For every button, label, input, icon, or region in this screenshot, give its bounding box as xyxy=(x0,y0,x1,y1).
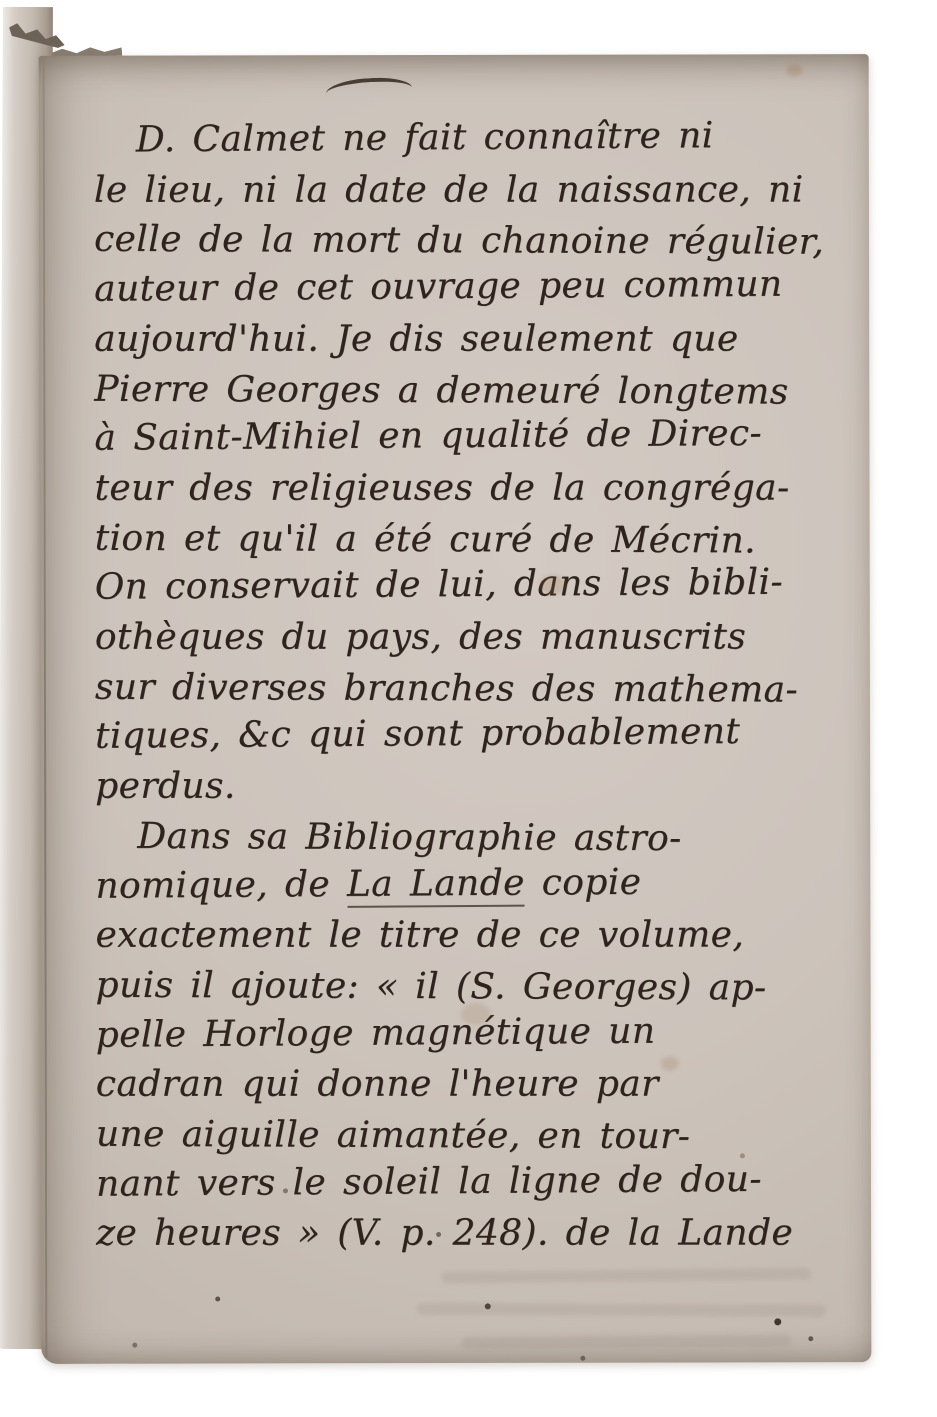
foxing-stain xyxy=(540,575,566,595)
handwritten-line: D. Calmet ne fait connaître ni xyxy=(94,110,839,165)
handwritten-line: teur des religieuses de la congréga- xyxy=(95,463,840,513)
handwritten-line: On conservait de lui, dans les bibli- xyxy=(95,558,840,613)
handwritten-line: à Saint-Mihiel en qualité de Direc- xyxy=(94,409,839,464)
handwritten-line: auteur de cet ouvrage peu commun xyxy=(94,259,839,314)
handwritten-line: le lieu, ni la date de la naissance, ni xyxy=(94,165,839,215)
foxing-stain xyxy=(787,64,803,76)
handwritten-line: nant vers le soleil la ligne de dou- xyxy=(96,1154,841,1209)
handwritten-line: aujourd'hui. Je dis seulement que xyxy=(94,314,839,364)
handwritten-line: othèques du pays, des manuscrits xyxy=(95,613,840,663)
ink-dash-mark xyxy=(325,76,412,95)
handwritten-line: ze heures » (V. p. 248). de la Lande xyxy=(96,1209,841,1259)
ink-specks xyxy=(39,56,42,59)
foxing-stain xyxy=(461,1003,491,1025)
foxing-stain xyxy=(661,1057,679,1071)
gutter-crease xyxy=(43,56,48,1358)
manuscript-page: D. Calmet ne fait connaître nile lieu, n… xyxy=(39,54,872,1364)
handwritten-line: perdus. xyxy=(95,762,840,812)
underlined-phrase: La Lande xyxy=(347,862,525,907)
handwritten-line: exactement le titre de ce volume, xyxy=(95,911,840,961)
manuscript-text: D. Calmet ne fait connaître nile lieu, n… xyxy=(94,114,841,1259)
handwritten-line: nomique, de La Lande copie xyxy=(95,856,840,911)
show-through-text xyxy=(441,1268,811,1284)
photo-background: D. Calmet ne fait connaître nile lieu, n… xyxy=(0,0,937,1417)
handwritten-line: cadran qui donne l'heure par xyxy=(96,1060,841,1110)
handwritten-line: tiques, &c qui sont probablement xyxy=(95,707,840,762)
show-through-text xyxy=(416,1303,826,1317)
show-through-text xyxy=(461,1334,791,1348)
